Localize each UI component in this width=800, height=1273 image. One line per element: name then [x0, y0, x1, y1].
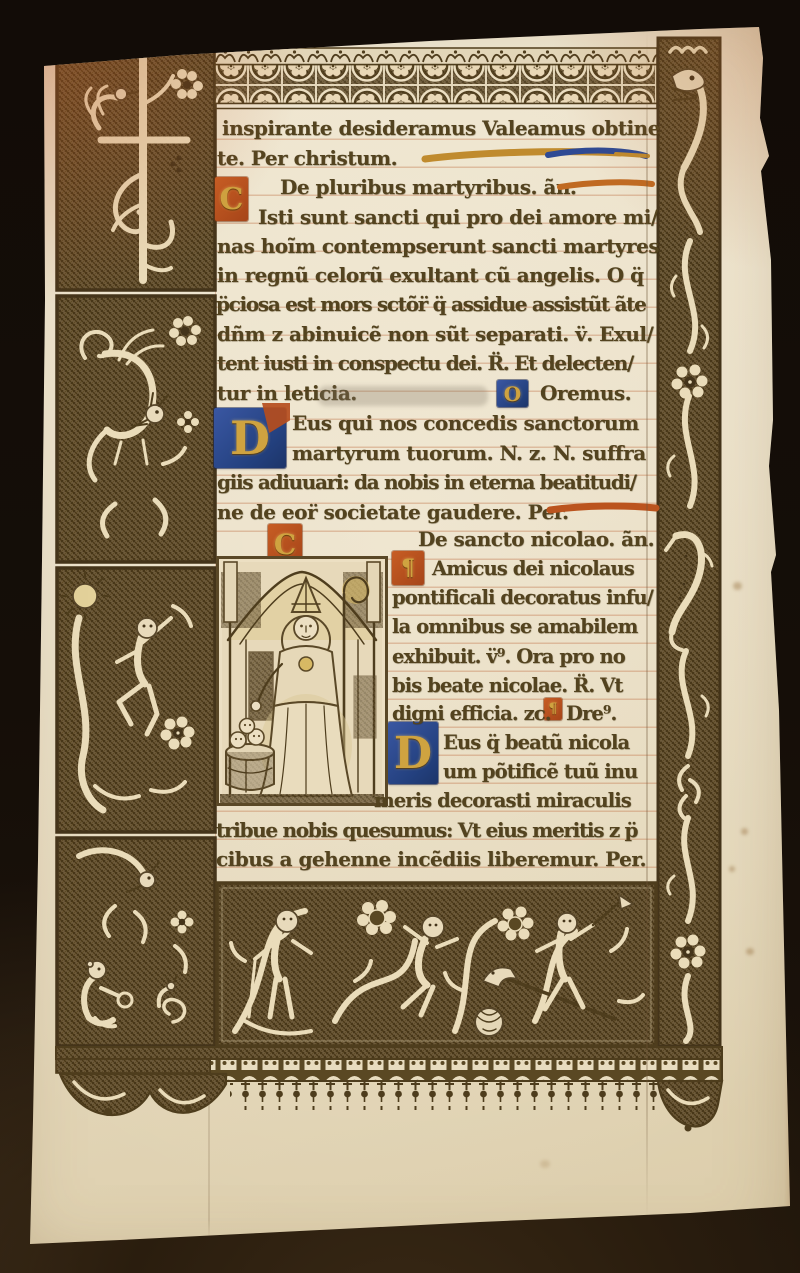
manuscript-leaf: inspirante desideramus Valeamus obtine t…	[0, 0, 800, 1273]
text-line: martyrum tuorum. N. z. N. suffra	[292, 441, 646, 465]
vertical-crease	[646, 30, 648, 1220]
woodcut-saint-nicholas	[216, 556, 388, 806]
text-line: meris decorasti miraculis	[374, 789, 631, 812]
initial-letter: O	[504, 382, 521, 406]
base-rail	[50, 1046, 726, 1150]
text-line: inspirante desideramus Valeamus obtine	[222, 116, 660, 140]
top-border-rosette-band	[214, 47, 658, 111]
illuminated-initial-oremus: O	[497, 380, 528, 407]
text-line: cibus a gehenne incẽdiis liberemur. Per.	[216, 847, 646, 871]
text-line: ne de eor̈ societate gaudere. Per.	[217, 500, 568, 524]
photo-backdrop: inspirante desideramus Valeamus obtine t…	[0, 0, 800, 1273]
rubric-line: De sancto nicolao. ãn.	[418, 527, 654, 551]
text-line: pontificali decoratus infu/	[392, 586, 653, 609]
text-line: digni efficia. zc.	[392, 702, 551, 725]
initial-letter: D	[230, 411, 270, 465]
orange-line-filler	[546, 501, 660, 515]
text-line: Eus q̈ beatũ nicola	[443, 731, 629, 754]
illuminated-initial-deus-martyrum: D	[214, 408, 286, 468]
left-border-panel-climbing-putto	[55, 566, 217, 834]
right-border-dragon-floral-strip	[656, 36, 722, 1048]
paragraph-mark-amicus: ¶	[392, 551, 424, 585]
text-line: tent iusti in conspectu dei. R̈. Et dele…	[217, 351, 633, 375]
text-line: bis beate nicolae. R̈. Vt	[392, 674, 623, 697]
text-line: exhibuit. v̈⁹. Ora pro no	[392, 645, 625, 668]
illuminated-initial-deus-nicolaus: D	[388, 722, 438, 784]
text-line: nas hoĩm contempserunt sancti martyres	[217, 234, 659, 258]
rubric-line: De pluribus martyribus. ãn.	[280, 175, 576, 199]
foxing-spot	[746, 948, 754, 955]
text-line: um põtificẽ tuũ inu	[443, 760, 637, 783]
text-line: Eus qui nos concedis sanctorum	[292, 411, 639, 435]
text-line: la omnibus se amabilem	[392, 615, 637, 638]
left-border-panel-monkey-snail	[55, 836, 217, 1048]
orange-line-filler	[556, 178, 656, 192]
foxing-spot	[540, 1160, 550, 1168]
text-line: Isti sunt sancti qui pro dei amore mi/	[258, 205, 658, 229]
oremus-label: Oremus.	[540, 381, 631, 405]
bottom-panel-putti	[215, 881, 658, 1048]
foxing-spot	[733, 582, 742, 590]
initial-letter: C	[220, 182, 244, 217]
vertical-crease	[208, 1075, 210, 1240]
mark-glyph: ¶	[401, 555, 415, 581]
dre-label: Dre⁹.	[566, 702, 616, 725]
text-line: in regnũ celorũ exultant cũ angelis. O q…	[217, 263, 644, 287]
initial-letter: D	[394, 728, 432, 779]
text-line: dñm z abinuicẽ non sũt separati. v̈. Exu…	[217, 322, 653, 346]
foxing-spot	[729, 866, 735, 872]
show-through-smudge	[318, 386, 488, 406]
text-line: te. Per christum.	[217, 146, 397, 170]
text-line: giis adiuuari: da nobis in eterna beatit…	[217, 470, 636, 494]
gold-blue-line-filler	[420, 146, 652, 166]
foxing-spot	[741, 828, 748, 835]
left-border-panel-bird-cross	[55, 44, 217, 292]
text-line: p̈ciosa est mors sctõr̈ q̈ assidue assis…	[216, 292, 646, 316]
text-line: tribue nobis quesumus: Vt eius meritis z…	[216, 818, 637, 842]
left-border-panel-dragon	[55, 294, 217, 564]
illuminated-initial-pluribus: C	[215, 177, 248, 221]
text-line: Amicus dei nicolaus	[432, 557, 634, 580]
